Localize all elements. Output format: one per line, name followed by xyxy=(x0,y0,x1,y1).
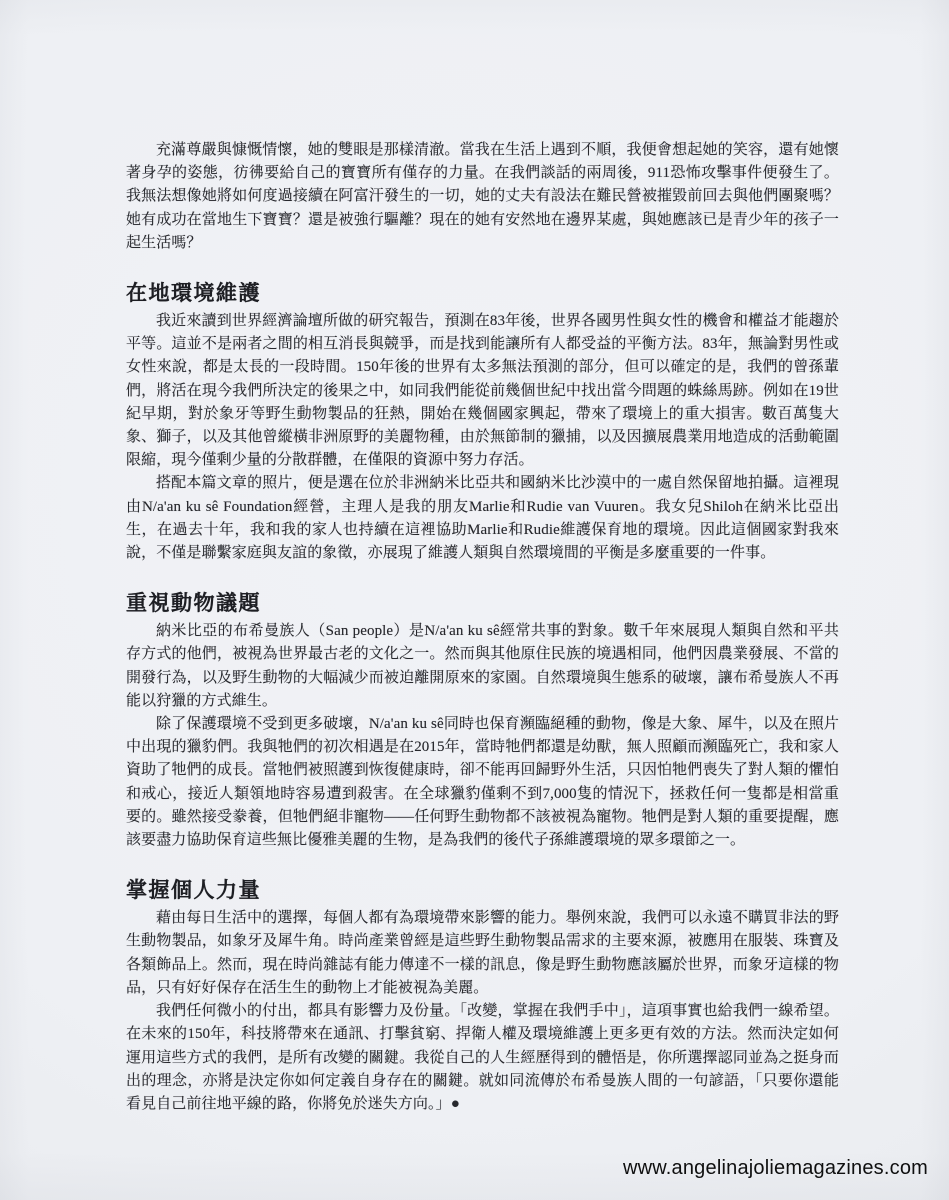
intro-paragraph: 充滿尊嚴與慷慨情懷，她的雙眼是那樣清澈。當我在生活上遇到不順，我便會想起她的笑容… xyxy=(126,139,839,255)
scanned-magazine-page: 充滿尊嚴與慷慨情懷，她的雙眼是那樣清澈。當我在生活上遇到不順，我便會想起她的笑容… xyxy=(0,0,949,1200)
section-heading-local-environment: 在地環境維護 xyxy=(126,281,839,305)
paragraph-environment-1: 我近來讀到世界經濟論壇所做的研究報告，預測在83年後，世界各國男性與女性的機會和… xyxy=(126,310,839,472)
watermark-url: www.angelinajoliemagazines.com xyxy=(623,1157,928,1180)
paragraph-personal-power-1: 藉由每日生活中的選擇，每個人都有為環境帶來影響的能力。舉例來說，我們可以永遠不購… xyxy=(126,907,839,1000)
paragraph-animals-1: 納米比亞的布希曼族人（San people）是N/a'an ku sê經常共事的… xyxy=(126,620,839,713)
paragraph-environment-2: 搭配本篇文章的照片，便是選在位於非洲納米比亞共和國納米比沙漠中的一處自然保留地拍… xyxy=(126,472,839,565)
section-heading-animal-issues: 重視動物議題 xyxy=(126,591,839,615)
article-text-column: 充滿尊嚴與慷慨情懷，她的雙眼是那樣清澈。當我在生活上遇到不順，我便會想起她的笑容… xyxy=(126,139,839,1116)
section-heading-personal-power: 掌握個人力量 xyxy=(126,878,839,902)
paragraph-personal-power-2: 我們任何微小的付出，都具有影響力及份量。「改變，掌握在我們手中」，這項事實也給我… xyxy=(126,1000,839,1116)
paragraph-animals-2: 除了保護環境不受到更多破壞，N/a'an ku sê同時也保育瀕臨絕種的動物，像… xyxy=(126,713,839,852)
